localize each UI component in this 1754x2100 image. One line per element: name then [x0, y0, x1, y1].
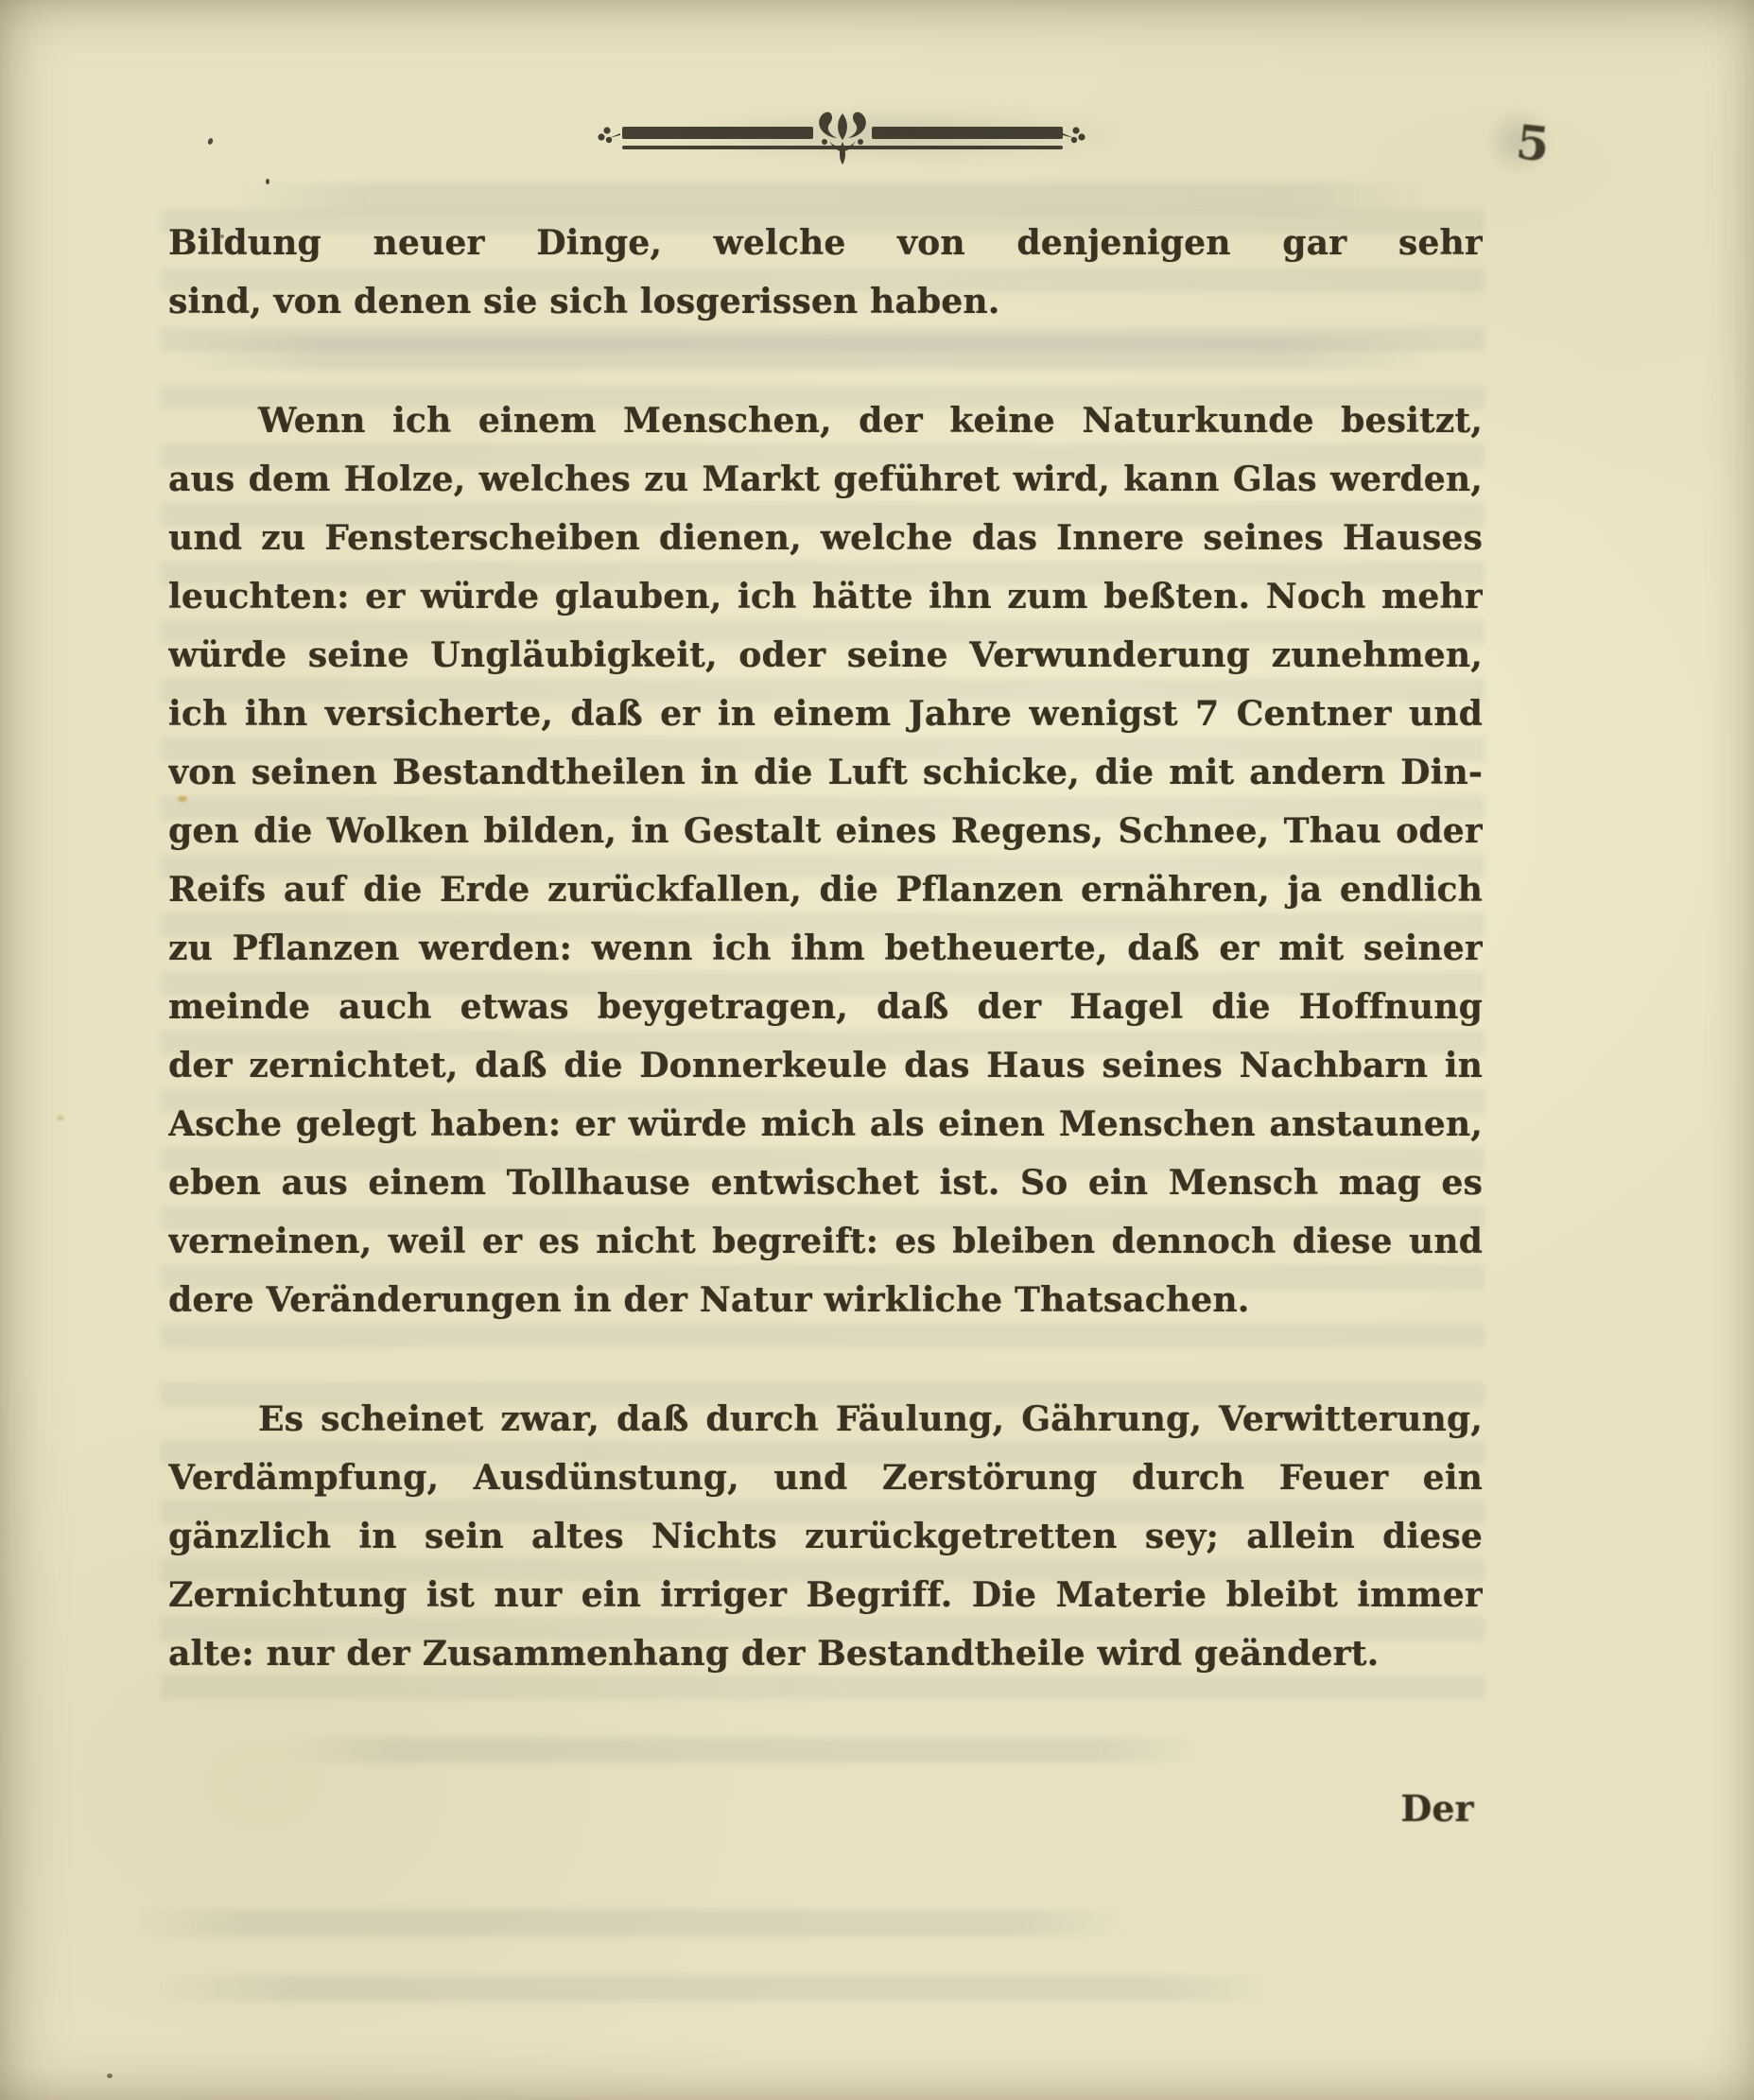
- text-line: aus dem Holze, welches zu Markt geführet…: [168, 450, 1483, 509]
- bleed-through-smudge: [227, 183, 1437, 212]
- bleed-through-smudge: [132, 1910, 1135, 1936]
- ink-speck: [107, 2074, 113, 2078]
- text-line: alte: nur der Zusammenhang der Bestandth…: [168, 1624, 1483, 1683]
- bleed-through-smudge: [151, 1976, 1286, 2001]
- text-line: ich ihn versicherte, daß er in einem Jah…: [168, 685, 1483, 743]
- header-rule-fleuron-icon: [596, 110, 1087, 170]
- text-line: Zernichtung ist nur ein irriger Begriff.…: [168, 1566, 1483, 1624]
- catchword: Der: [1362, 1787, 1513, 1830]
- text-line: verneinen, weil er es nicht begreift: es…: [168, 1212, 1483, 1271]
- text-line: würde seine Ungläubigkeit, oder seine Ve…: [168, 626, 1483, 685]
- ink-speck: [266, 179, 269, 184]
- paragraph: Bildung neuer Dinge, welche von denjenig…: [168, 214, 1483, 331]
- text-line: leuchten: er würde glauben, ich hätte ih…: [168, 567, 1483, 626]
- ink-speck: [220, 234, 224, 238]
- text-line: dere Veränderungen in der Natur wirklich…: [168, 1271, 1483, 1329]
- ink-speck: [207, 137, 214, 145]
- paper-stain: [178, 796, 187, 802]
- text-line: Bildung neuer Dinge, welche von denjenig…: [168, 214, 1483, 272]
- paragraph: Wenn ich einem Menschen, der keine Natur…: [168, 391, 1483, 1329]
- paragraph: Es scheinet zwar, daß durch Fäulung, Gäh…: [168, 1390, 1483, 1683]
- text-line: meinde auch etwas beygetragen, daß der H…: [168, 978, 1483, 1036]
- text-line: und zu Fensterscheiben dienen, welche da…: [168, 509, 1483, 567]
- text-line: sind, von denen sie sich losgerissen hab…: [168, 272, 1483, 331]
- text-line: Reifs auf die Erde zurückfallen, die Pfl…: [168, 860, 1483, 919]
- text-line: von seinen Bestandtheilen in die Luft sc…: [168, 743, 1483, 802]
- text-line: Es scheinet zwar, daß durch Fäulung, Gäh…: [168, 1390, 1483, 1449]
- text-line: Verdämpfung, Ausdünstung, und Zerstörung…: [168, 1449, 1483, 1507]
- text-block: Bildung neuer Dinge, welche von denjenig…: [168, 214, 1483, 1744]
- text-line: eben aus einem Tollhause entwischet ist.…: [168, 1154, 1483, 1212]
- text-line: der zernichtet, daß die Donnerkeule das …: [168, 1036, 1483, 1095]
- text-line: Asche gelegt haben: er würde mich als ei…: [168, 1095, 1483, 1154]
- text-line: gänzlich in sein altes Nichts zurückgetr…: [168, 1507, 1483, 1566]
- paper-stain: [57, 1116, 64, 1120]
- page-number: 5: [1496, 103, 1570, 185]
- text-line: gen die Wolken bilden, in Gestalt eines …: [168, 802, 1483, 860]
- text-line: zu Pflanzen werden: wenn ich ihm betheue…: [168, 919, 1483, 978]
- text-line: Wenn ich einem Menschen, der keine Natur…: [168, 391, 1483, 450]
- book-page: 5 Bildung neuer Dinge, welche von denjen…: [0, 0, 1754, 2100]
